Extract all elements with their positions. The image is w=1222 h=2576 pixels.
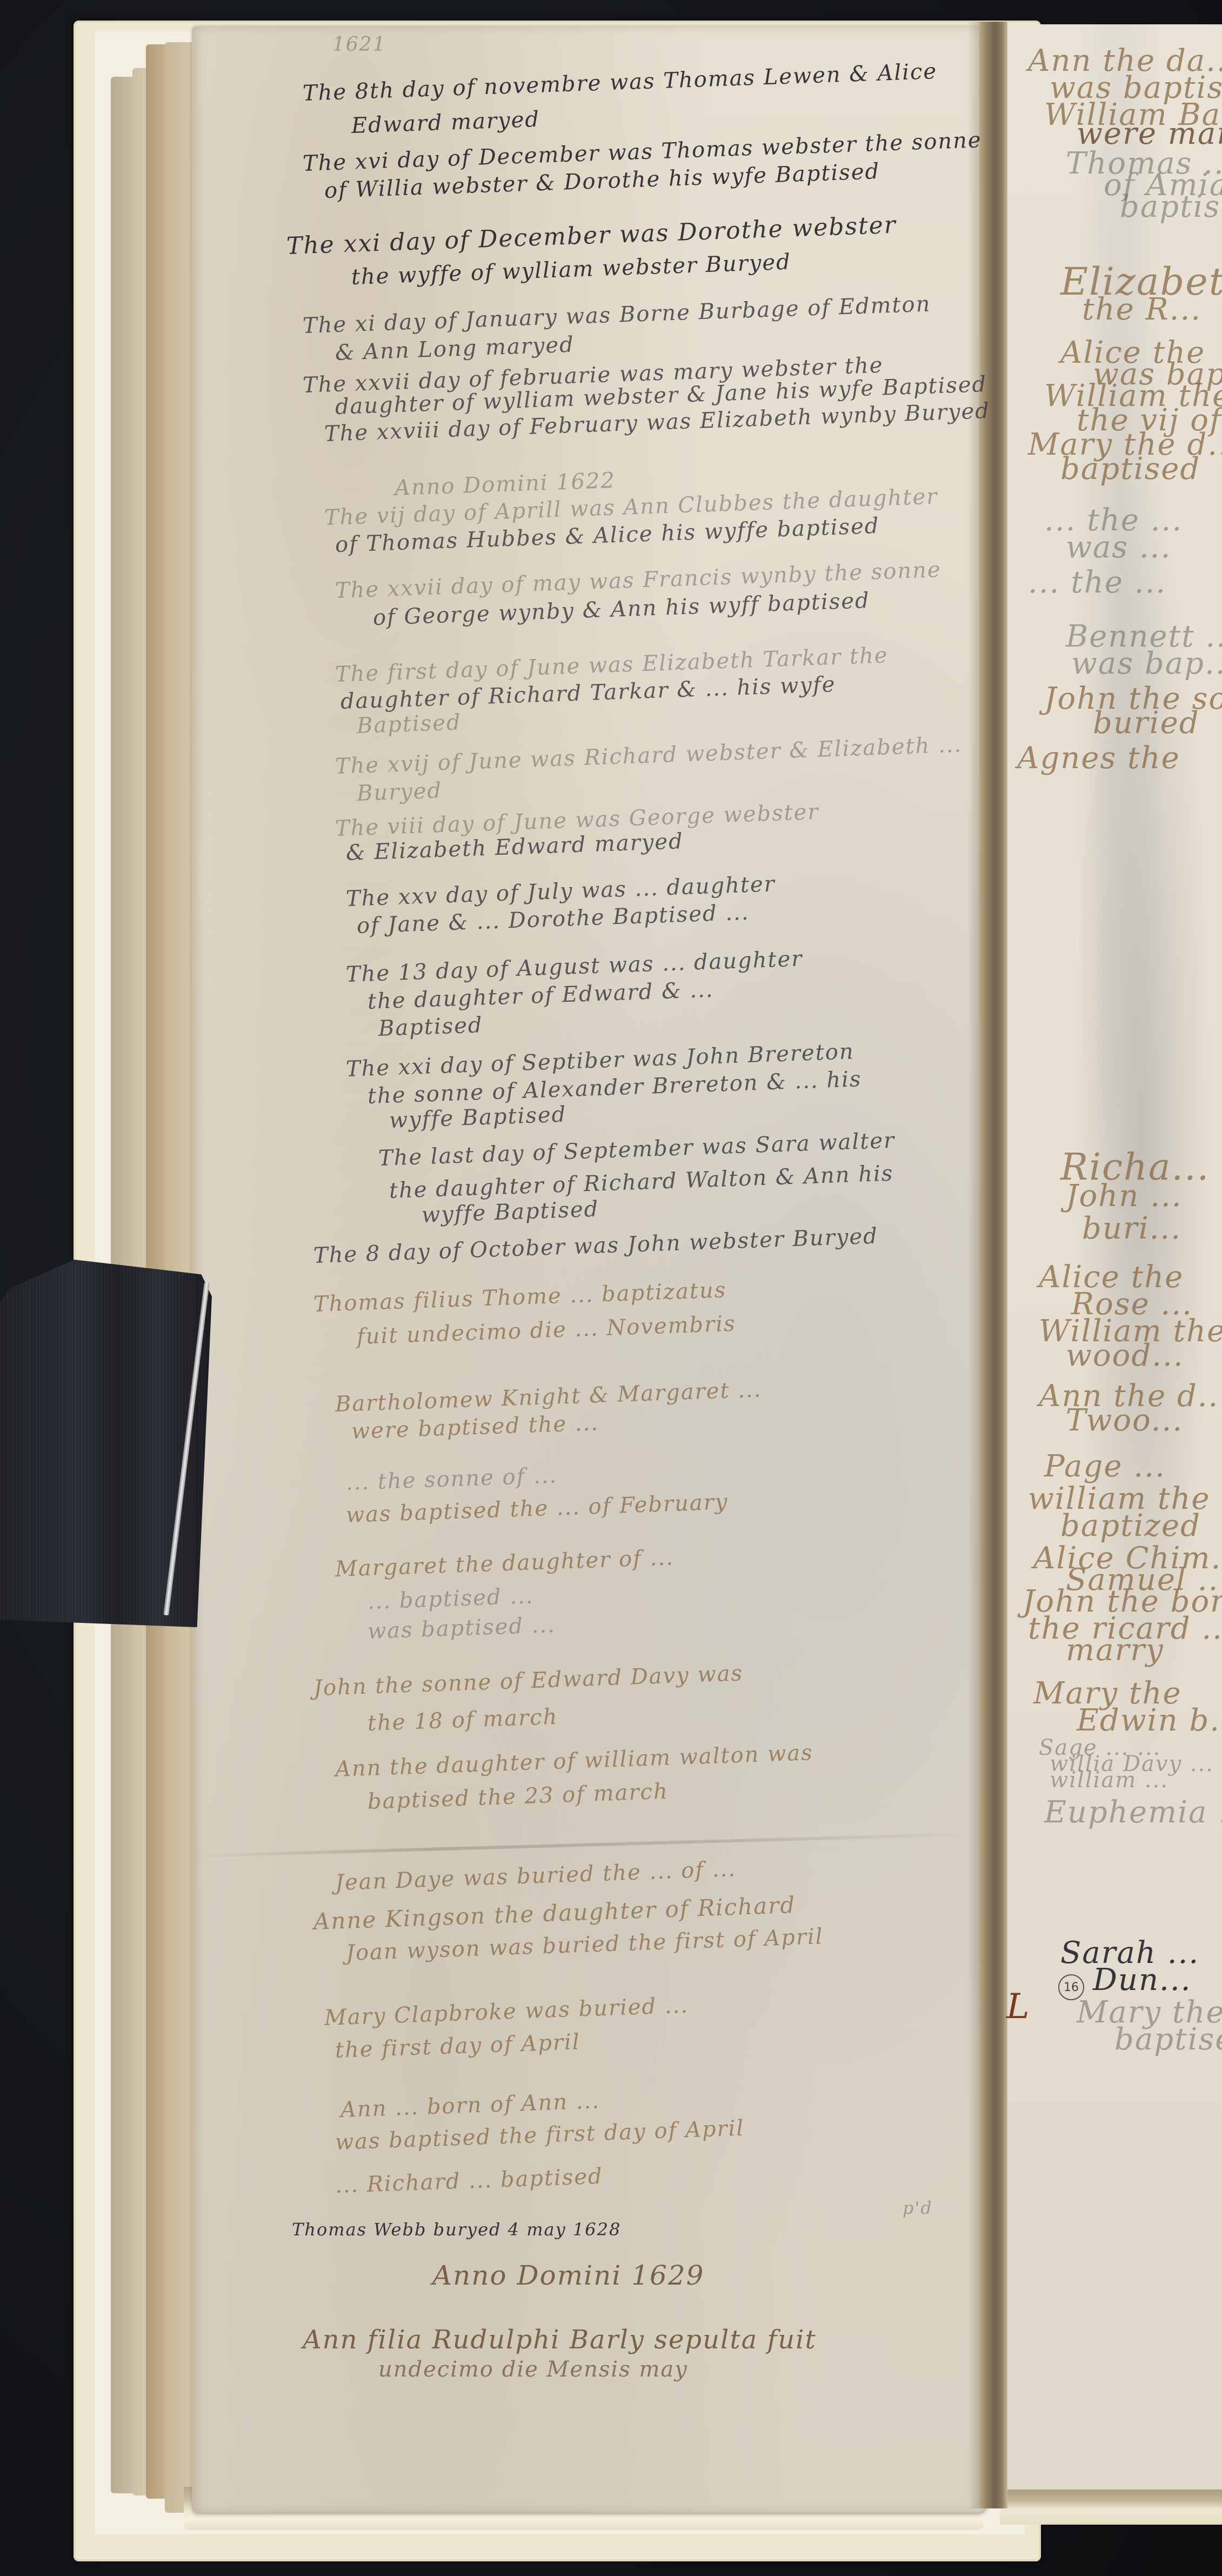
entry-line: Twoo...: [1066, 1403, 1183, 1438]
entry-line: buried: [1093, 705, 1200, 741]
entry-line: the R...: [1082, 292, 1201, 327]
entry-line: Euphemia ...: [1044, 1795, 1222, 1830]
year-heading: Anno Domini 1629: [432, 2260, 704, 2291]
entry-line: Baptised: [356, 710, 462, 738]
margin-initial: L: [1006, 1987, 1030, 2027]
cloth-page-clip: [0, 1260, 212, 1627]
entry-line: Edwin b...: [1077, 1703, 1222, 1738]
entry-line: wood...: [1066, 1338, 1184, 1373]
entry-line: undecimo die Mensis may: [378, 2357, 688, 2382]
margin-note: p'd: [903, 2198, 933, 2218]
entry-line: william ...: [1050, 1768, 1168, 1793]
entry-line: ... the ...: [1028, 565, 1166, 600]
entry-line: baptised: [1120, 189, 1222, 224]
entry-line: John ...: [1066, 1179, 1183, 1214]
entry-line: marry: [1066, 1633, 1164, 1668]
entry-line: was bap...: [1071, 646, 1222, 681]
entry-line: baptized: [1060, 1508, 1201, 1543]
entry-line: Baptised: [378, 1013, 483, 1041]
entry-line: baptised: [1060, 451, 1200, 487]
entry-line: baptised: [1114, 2022, 1222, 2057]
folio-number-badge: 16: [1058, 1974, 1084, 2000]
header-year: 1621: [332, 34, 386, 56]
entry-line: buri...: [1082, 1211, 1181, 1246]
entry-line: Ann filia Rudulphi Barly sepulta fuit: [303, 2325, 817, 2355]
entry-line: was ...: [1066, 530, 1171, 565]
entry-line: Thomas Webb buryed 4 may 1628: [292, 2219, 621, 2240]
entry-line: Page ...: [1044, 1449, 1166, 1484]
entry-line: Agnes the: [1017, 741, 1180, 776]
entry-line: Dun...: [1093, 1962, 1191, 1998]
right-page-entries: Ann the da... was baptised William Ba...…: [1006, 0, 1222, 2576]
entry-line: Buryed: [356, 778, 443, 806]
